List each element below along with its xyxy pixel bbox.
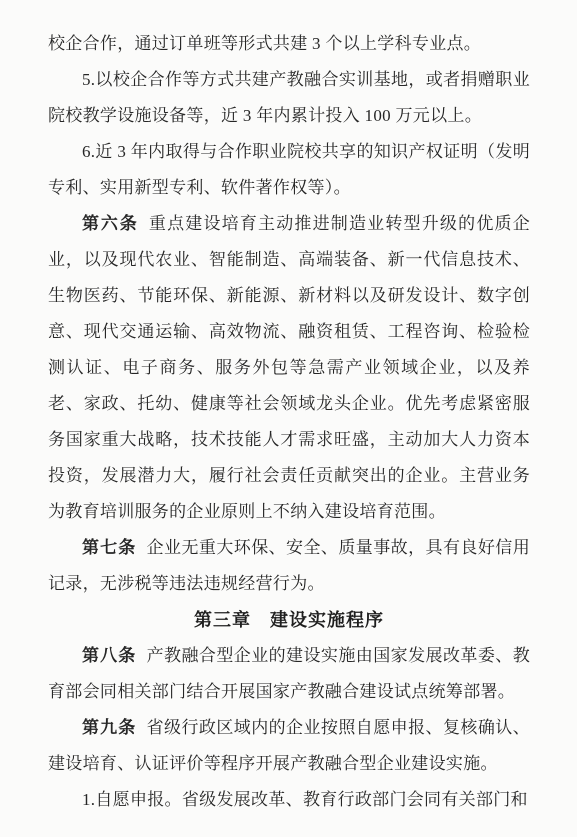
paragraph-numbered-item-1-voluntary-declaration: 1.自愿申报。省级发展改革、教育行政部门会同有关部门和: [48, 782, 530, 818]
article-9-number-label: 第九条: [82, 718, 136, 737]
paragraph-article-7: 第七条企业无重大环保、安全、质量事故，具有良好信用记录，无涉税等违法违规经营行为…: [48, 530, 530, 602]
paragraph-article-6: 第六条重点建设培育主动推进制造业转型升级的优质企业，以及现代农业、智能制造、高端…: [48, 206, 530, 530]
article-7-number-label: 第七条: [82, 538, 136, 557]
article-6-number-label: 第六条: [82, 214, 139, 233]
chapter-3-heading: 第三章 建设实施程序: [48, 602, 530, 638]
document-text-block: 校企合作，通过订单班等形式共建 3 个以上学科专业点。 5.以校企合作等方式共建…: [48, 26, 530, 818]
paragraph-numbered-item-6: 6.近 3 年内取得与合作职业院校共享的知识产权证明（发明专利、实用新型专利、软…: [48, 134, 530, 206]
article-8-number-label: 第八条: [82, 646, 136, 665]
paragraph-article-9: 第九条省级行政区域内的企业按照自愿申报、复核确认、建设培育、认证评价等程序开展产…: [48, 710, 530, 782]
paragraph-continuation: 校企合作，通过订单班等形式共建 3 个以上学科专业点。: [48, 26, 530, 62]
article-6-body-text: 重点建设培育主动推进制造业转型升级的优质企业，以及现代农业、智能制造、高端装备、…: [48, 214, 530, 521]
paragraph-article-8: 第八条产教融合型企业的建设实施由国家发展改革委、教育部会同相关部门结合开展国家产…: [48, 638, 530, 710]
paragraph-numbered-item-5: 5.以校企合作等方式共建产教融合实训基地，或者捐赠职业院校教学设施设备等，近 3…: [48, 62, 530, 134]
document-page: 校企合作，通过订单班等形式共建 3 个以上学科专业点。 5.以校企合作等方式共建…: [0, 0, 577, 837]
